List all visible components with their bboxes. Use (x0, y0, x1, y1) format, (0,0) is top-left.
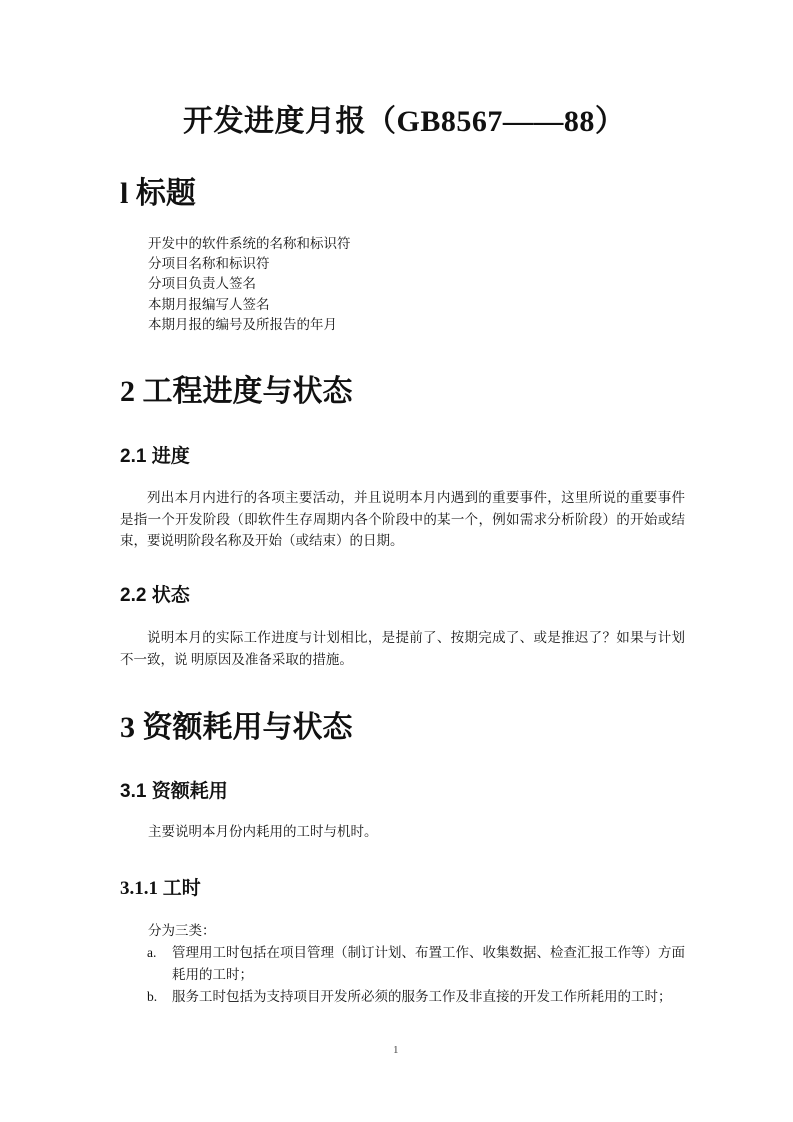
list-item-text: 管理用工时包括在项目管理（制订计划、布置工作、收集数据、检查汇报工作等）方面耗用… (172, 942, 685, 985)
section-1-line: 本期月报编写人签名 (148, 295, 270, 315)
list-marker: a. (147, 942, 156, 964)
section-1-line: 本期月报的编号及所报告的年月 (148, 315, 337, 335)
section-3-heading: 3 资额耗用与状态 (120, 702, 353, 746)
section-1-line: 开发中的软件系统的名称和标识符 (148, 234, 351, 254)
list-marker: b. (147, 986, 157, 1008)
section-1-heading: l 标题 (120, 168, 196, 212)
section-2-2-heading: 2.2 状态 (120, 580, 190, 607)
section-1-line: 分项目负责人签名 (148, 274, 256, 294)
section-2-1-heading: 2.1 进度 (120, 441, 190, 468)
page-number: 1 (393, 1044, 399, 1056)
section-2-2-paragraph: 说明本月的实际工作进度与计划相比，是提前了、按期完成了、或是推迟了？如果与计划不… (120, 627, 685, 670)
section-3-1-paragraph: 主要说明本月份内耗用的工时与机时。 (148, 822, 378, 842)
document-title: 开发进度月报（GB8567——88） (183, 96, 625, 140)
section-3-1-1-heading: 3.1.1 工时 (120, 873, 201, 900)
section-2-heading: 2 工程进度与状态 (120, 366, 353, 410)
section-3-1-heading: 3.1 资额耗用 (120, 776, 228, 803)
list-item-text: 服务工时包括为支持项目开发所必须的服务工作及非直接的开发工作所耗用的工时； (172, 986, 685, 1008)
section-1-line: 分项目名称和标识符 (148, 254, 270, 274)
section-2-1-paragraph: 列出本月内进行的各项主要活动，并且说明本月内遇到的重要事件，这里所说的重要事件是… (120, 487, 685, 552)
section-3-1-1-intro: 分为三类： (148, 921, 216, 941)
